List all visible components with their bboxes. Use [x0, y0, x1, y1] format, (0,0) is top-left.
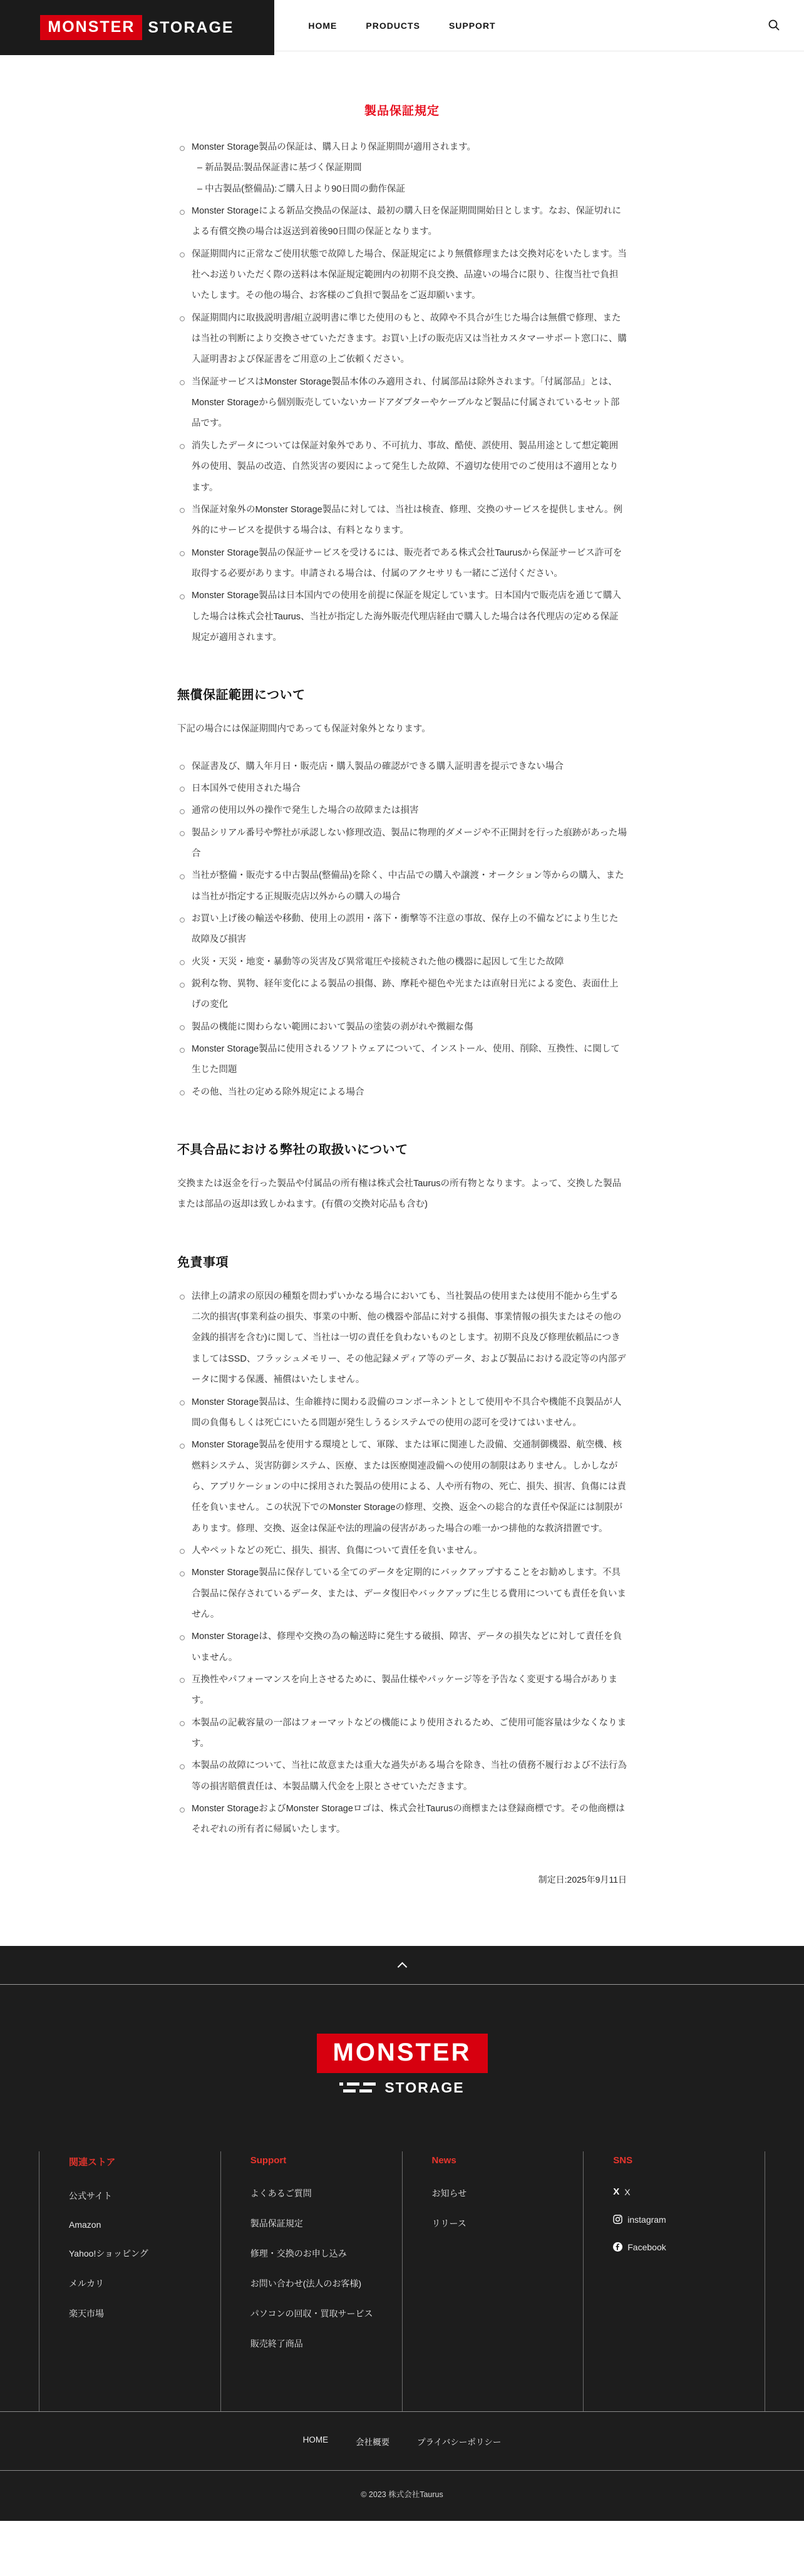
enactment-date: 制定日:2025年9月11日 [177, 1873, 627, 1886]
footer-bottom-nav: HOME 会社概要 プライバシーポリシー [0, 2411, 804, 2470]
list-item: 火災・天災・地変・暴動等の災害及び異常電圧や接続された他の機器に起因して生じた故… [177, 952, 627, 973]
list-item: 当社が整備・販売する中古製品(整備品)を除く、中古品での購入や譲渡・オークション… [177, 866, 627, 908]
list-item: Monster Storage製品は日本国内での使用を前提に保証を規定しています… [177, 586, 627, 648]
list-item: お買い上げ後の輸送や移動、使用上の誤用・落下・衝撃等不注意の事故、保存上の不備な… [177, 909, 627, 951]
list-item: Monster Storageは、修理や交換の為の輸送時に発生する破損、障害、デ… [177, 1627, 627, 1668]
section-title-defect-handling: 不具合品における弊社の取扱いについて [177, 1139, 627, 1157]
footer-link-discontinued-products[interactable]: 販売終了商品 [250, 2337, 396, 2350]
list-item: 本製品の記載容量の一部はフォーマットなどの機能により使用されるため、ご使用可能容… [177, 1713, 627, 1755]
footer-nav-privacy-policy[interactable]: プライバシーポリシー [417, 2435, 501, 2448]
list-item: Monster Storage製品に使用されるソフトウェアについて、インストール… [177, 1039, 627, 1081]
list-item: 製品シリアル番号や弊社が承認しない修理改造、製品に物理的ダメージや不正開封を行っ… [177, 823, 627, 865]
footer-link-mercari[interactable]: メルカリ [69, 2277, 214, 2290]
list-item: Monster StorageおよびMonster Storageロゴは、株式会… [177, 1799, 627, 1841]
footer-column-news: News お知らせ リリース [402, 2151, 584, 2411]
footer-link-release[interactable]: リリース [432, 2217, 577, 2230]
warranty-page-content: 製品保証規定 Monster Storage製品の保証は、購入日より保証期間が適… [177, 51, 627, 1946]
list-subitem: – 中古製品(整備品):ご購入日より90日間の動作保証 [192, 179, 627, 200]
footer-link-instagram[interactable]: instagram [613, 2215, 758, 2225]
copyright-text: © 2023 株式会社Taurus [0, 2470, 804, 2521]
section-title-free-warranty-range: 無償保証範囲について [177, 685, 627, 703]
x-icon: X [613, 2187, 619, 2196]
footer-link-faq[interactable]: よくあるご質問 [250, 2187, 396, 2200]
footer-column-support: Support よくあるご質問 製品保証規定 修理・交換のお申し込み お問い合わ… [220, 2151, 402, 2411]
list-item: 法律上の請求の原因の種類を問わずいかなる場合においても、当社製品の使用または使用… [177, 1286, 627, 1391]
footer-logo-storage-word: STORAGE [384, 2079, 464, 2096]
page-bottom-spacer [0, 2521, 804, 2576]
footer-nav-company[interactable]: 会社概要 [356, 2435, 389, 2448]
main-nav: HOME PRODUCTS SUPPORT [308, 21, 495, 31]
list-item: Monster Storage製品の保証は、購入日より保証期間が適用されます。 … [177, 137, 627, 200]
list-item: Monster Storage製品は、生命維持に関わる設備のコンポーネントとして… [177, 1392, 627, 1434]
list-item: 保証期間内に取扱説明書/組立説明書に準じた使用のもと、故障や不具合が生じた場合は… [177, 308, 627, 371]
footer-column-heading: SNS [613, 2155, 758, 2166]
free-warranty-intro: 下記の場合には保証期間内であっても保証対象外となります。 [177, 719, 627, 740]
site-logo[interactable]: MONSTER STORAGE [0, 0, 274, 55]
instagram-icon [613, 2215, 622, 2224]
footer-column-heading: News [432, 2155, 577, 2166]
footer-link-rakuten[interactable]: 楽天市場 [69, 2307, 214, 2320]
footer-column-heading: 関連ストア [69, 2155, 214, 2168]
nav-products[interactable]: PRODUCTS [366, 21, 420, 31]
free-warranty-exclusion-list: 保証書及び、購入年月日・販売店・購入製品の確認ができる購入証明書を提示できない場… [177, 757, 627, 1104]
site-header: MONSTER STORAGE HOME PRODUCTS SUPPORT [0, 0, 804, 51]
back-to-top-button[interactable] [0, 1946, 804, 1985]
disclaimer-list: 法律上の請求の原因の種類を問わずいかなる場合においても、当社製品の使用または使用… [177, 1286, 627, 1841]
footer-link-contact-corporate[interactable]: お問い合わせ(法人のお客様) [250, 2277, 396, 2290]
page-title: 製品保証規定 [177, 101, 627, 118]
footer-column-sns: SNS X X instagram Facebook [583, 2151, 765, 2411]
list-item: 消失したデータについては保証対象外であり、不可抗力、事故、酷使、誤使用、製品用途… [177, 436, 627, 499]
search-icon[interactable] [768, 19, 780, 31]
facebook-icon [613, 2242, 622, 2252]
list-item: Monster Storage製品の保証サービスを受けるには、販売者である株式会… [177, 543, 627, 585]
nav-home[interactable]: HOME [308, 21, 337, 31]
section-title-disclaimer: 免責事項 [177, 1252, 627, 1270]
list-item: 保証期間内に正常なご使用状態で故障した場合、保証規定により無償修理または交換対応… [177, 244, 627, 307]
footer-column-stores: 関連ストア 公式サイト Amazon Yahoo!ショッピング メルカリ 楽天市… [39, 2151, 220, 2411]
footer-link-amazon[interactable]: Amazon [69, 2220, 214, 2230]
list-item: 保証書及び、購入年月日・販売店・購入製品の確認ができる購入証明書を提示できない場… [177, 757, 627, 777]
logo-lockup: MONSTER STORAGE [40, 15, 234, 40]
list-item: 鋭利な物、異物、経年変化による製品の損傷、跡、摩耗や褪色や光または直射日光による… [177, 974, 627, 1016]
list-item: 日本国外で使用された場合 [177, 778, 627, 799]
logo-storage-word: STORAGE [148, 19, 234, 37]
list-item: 当保証サービスはMonster Storage製品本体のみ適用され、付属部品は除… [177, 372, 627, 435]
list-item: Monster Storage製品を使用する環境として、軍隊、または軍に関連した… [177, 1435, 627, 1539]
list-item: 製品の機能に関わらない範囲において製品の塗装の剥がれや微細な傷 [177, 1017, 627, 1038]
list-item: 人やペットなどの死亡、損失、損害、負傷について責任を負いません。 [177, 1541, 627, 1561]
list-item: 互換性やパフォーマンスを向上させるために、製品仕様やパッケージ等を予告なく変更す… [177, 1670, 627, 1712]
footer-link-notice[interactable]: お知らせ [432, 2187, 577, 2200]
chevron-up-icon [397, 1962, 407, 1972]
list-item: Monster Storageによる新品交換品の保証は、最初の購入日を保証期間開… [177, 201, 627, 243]
footer-link-yahoo-shopping[interactable]: Yahoo!ショッピング [69, 2247, 214, 2260]
footer-logo-monster-box: MONSTER [317, 2034, 488, 2073]
logo-monster-box: MONSTER [40, 15, 142, 40]
footer-link-warranty-policy[interactable]: 製品保証規定 [250, 2217, 396, 2230]
logo-bars-icon [339, 2081, 378, 2094]
footer-link-pc-recycle[interactable]: パソコンの回収・買取サービス [250, 2307, 396, 2320]
site-footer: MONSTER STORAGE 関連ストア 公式サイト Amazon Yahoo… [0, 1985, 804, 2521]
defect-handling-paragraph: 交換または返金を行った製品や付属品の所有権は株式会社Taurusの所有物となりま… [177, 1174, 627, 1216]
footer-link-x[interactable]: X X [613, 2187, 758, 2197]
footer-link-repair-exchange[interactable]: 修理・交換のお申し込み [250, 2247, 396, 2260]
footer-link-columns: 関連ストア 公式サイト Amazon Yahoo!ショッピング メルカリ 楽天市… [39, 2151, 765, 2411]
footer-link-official-site[interactable]: 公式サイト [69, 2190, 214, 2202]
list-item: 当保証対象外のMonster Storage製品に対しては、当社は検査、修理、交… [177, 500, 627, 542]
footer-nav-home[interactable]: HOME [303, 2435, 329, 2448]
list-subitem: – 新品製品:製品保証書に基づく保証期間 [192, 158, 627, 178]
list-item: 本製品の故障について、当社に故意または重大な過失がある場合を除き、当社の債務不履… [177, 1756, 627, 1798]
list-item: その他、当社の定める除外規定による場合 [177, 1082, 627, 1103]
list-item: 通常の使用以外の操作で発生した場合の故障または損害 [177, 800, 627, 821]
warranty-terms-list: Monster Storage製品の保証は、購入日より保証期間が適用されます。 … [177, 137, 627, 648]
nav-support[interactable]: SUPPORT [449, 21, 496, 31]
footer-logo[interactable]: MONSTER STORAGE [0, 2034, 804, 2096]
footer-link-facebook[interactable]: Facebook [613, 2242, 758, 2252]
list-item: Monster Storage製品に保存している全てのデータを定期的にバックアッ… [177, 1563, 627, 1625]
footer-column-heading: Support [250, 2155, 396, 2166]
